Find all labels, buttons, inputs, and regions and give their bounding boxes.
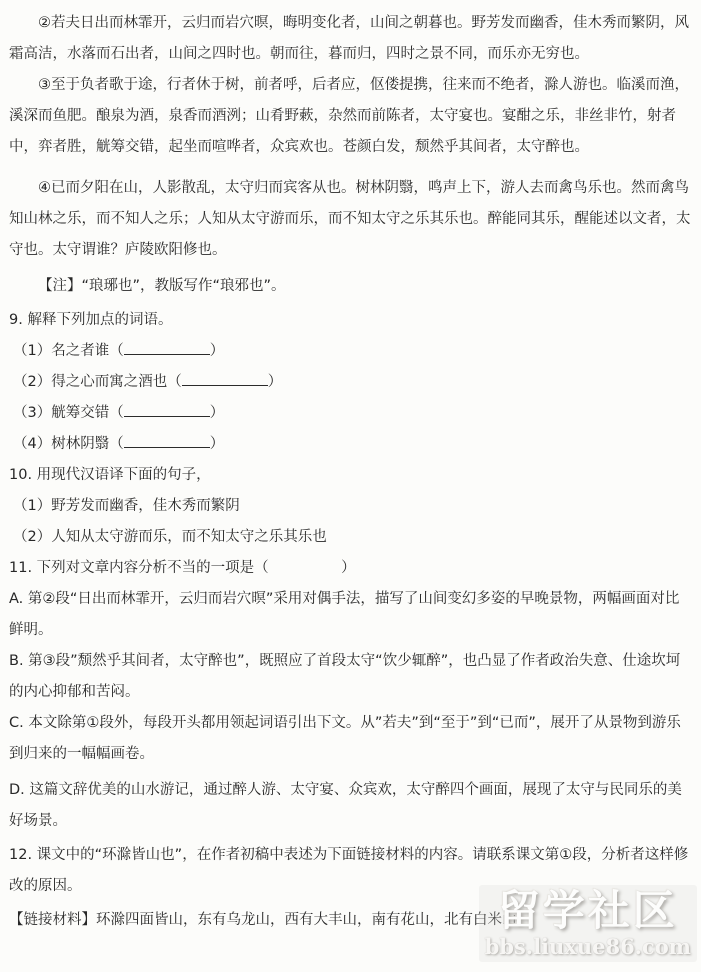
q9-item-2-text: （2）得之心而寓之酒也 [13, 374, 167, 390]
q10-item-2: （2）人知从太守游而乐，而不知太守之乐其乐也 [9, 522, 691, 553]
article-note: 【注】“琅琊也”，教版写作“琅邪也”。 [9, 271, 691, 302]
answer-blank [124, 433, 210, 448]
q9-item-2: （2）得之心而寓之酒也（） [9, 367, 691, 398]
exam-page: ②若夫日出而林霏开，云归而岩穴暝，晦明变化者，山间之朝暮也。野芳发而幽香，佳木秀… [0, 0, 701, 972]
q10-item-1: （1）野芳发而幽香，佳木秀而繁阴 [9, 491, 691, 522]
question-9-stem: 9. 解释下列加点的词语。 [9, 305, 691, 336]
blank-open-paren: （ [109, 436, 124, 452]
article-paragraph-3: ③至于负者歌于途，行者休于树，前者呼，后者应，伛偻提携，往来而不绝者，滁人游也。… [9, 70, 691, 163]
question-11-stem: 11. 下列对文章内容分析不当的一项是（ ） [9, 553, 691, 584]
blank-close-paren: ） [268, 374, 283, 390]
q11-option-a: A. 第②段“日出而林霏开，云归而岩穴暝”采用对偶手法，描写了山间变幻多姿的早晚… [9, 584, 691, 646]
q11-option-b: B. 第③段”颓然乎其间者，太守醉也”，既照应了首段太守“饮少辄醉”，也凸显了作… [9, 646, 691, 708]
article-paragraph-2: ②若夫日出而林霏开，云归而岩穴暝，晦明变化者，山间之朝暮也。野芳发而幽香，佳木秀… [9, 8, 691, 70]
watermark: 留学社区 bbs.liuxue86.com [479, 885, 697, 962]
q11-option-c: C. 本文除第①段外，每段开头都用领起词语引出下文。从”若夫”到“至于”到“已而… [9, 708, 691, 770]
answer-blank [124, 340, 210, 355]
answer-blank [124, 402, 210, 417]
answer-blank [182, 371, 268, 386]
question-10-stem: 10. 用现代汉语译下面的句子， [9, 460, 691, 491]
q9-item-1-text: （1）名之者谁 [13, 343, 109, 359]
q9-item-4: （4）树林阴翳（） [9, 429, 691, 460]
q9-item-3: （3）觥筹交错（） [9, 398, 691, 429]
blank-close-paren: ） [210, 405, 225, 421]
watermark-site-url: bbs.liuxue86.com [485, 935, 691, 958]
q11-option-d: D. 这篇文辞优美的山水游记，通过醉人游、太守宴、众宾欢，太守醉四个画面，展现了… [9, 775, 691, 837]
blank-close-paren: ） [210, 436, 225, 452]
blank-open-paren: （ [109, 405, 124, 421]
watermark-logo-text: 留学社区 [485, 887, 691, 935]
q9-item-4-text: （4）树林阴翳 [13, 436, 109, 452]
q9-item-3-text: （3）觥筹交错 [13, 405, 109, 421]
article-paragraph-4: ④已而夕阳在山，人影散乱，太守归而宾客从也。树林阴翳，鸣声上下，游人去而禽鸟乐也… [9, 173, 691, 266]
q9-item-1: （1）名之者谁（） [9, 336, 691, 367]
blank-open-paren: （ [167, 374, 182, 390]
blank-close-paren: ） [210, 343, 225, 359]
blank-open-paren: （ [109, 343, 124, 359]
